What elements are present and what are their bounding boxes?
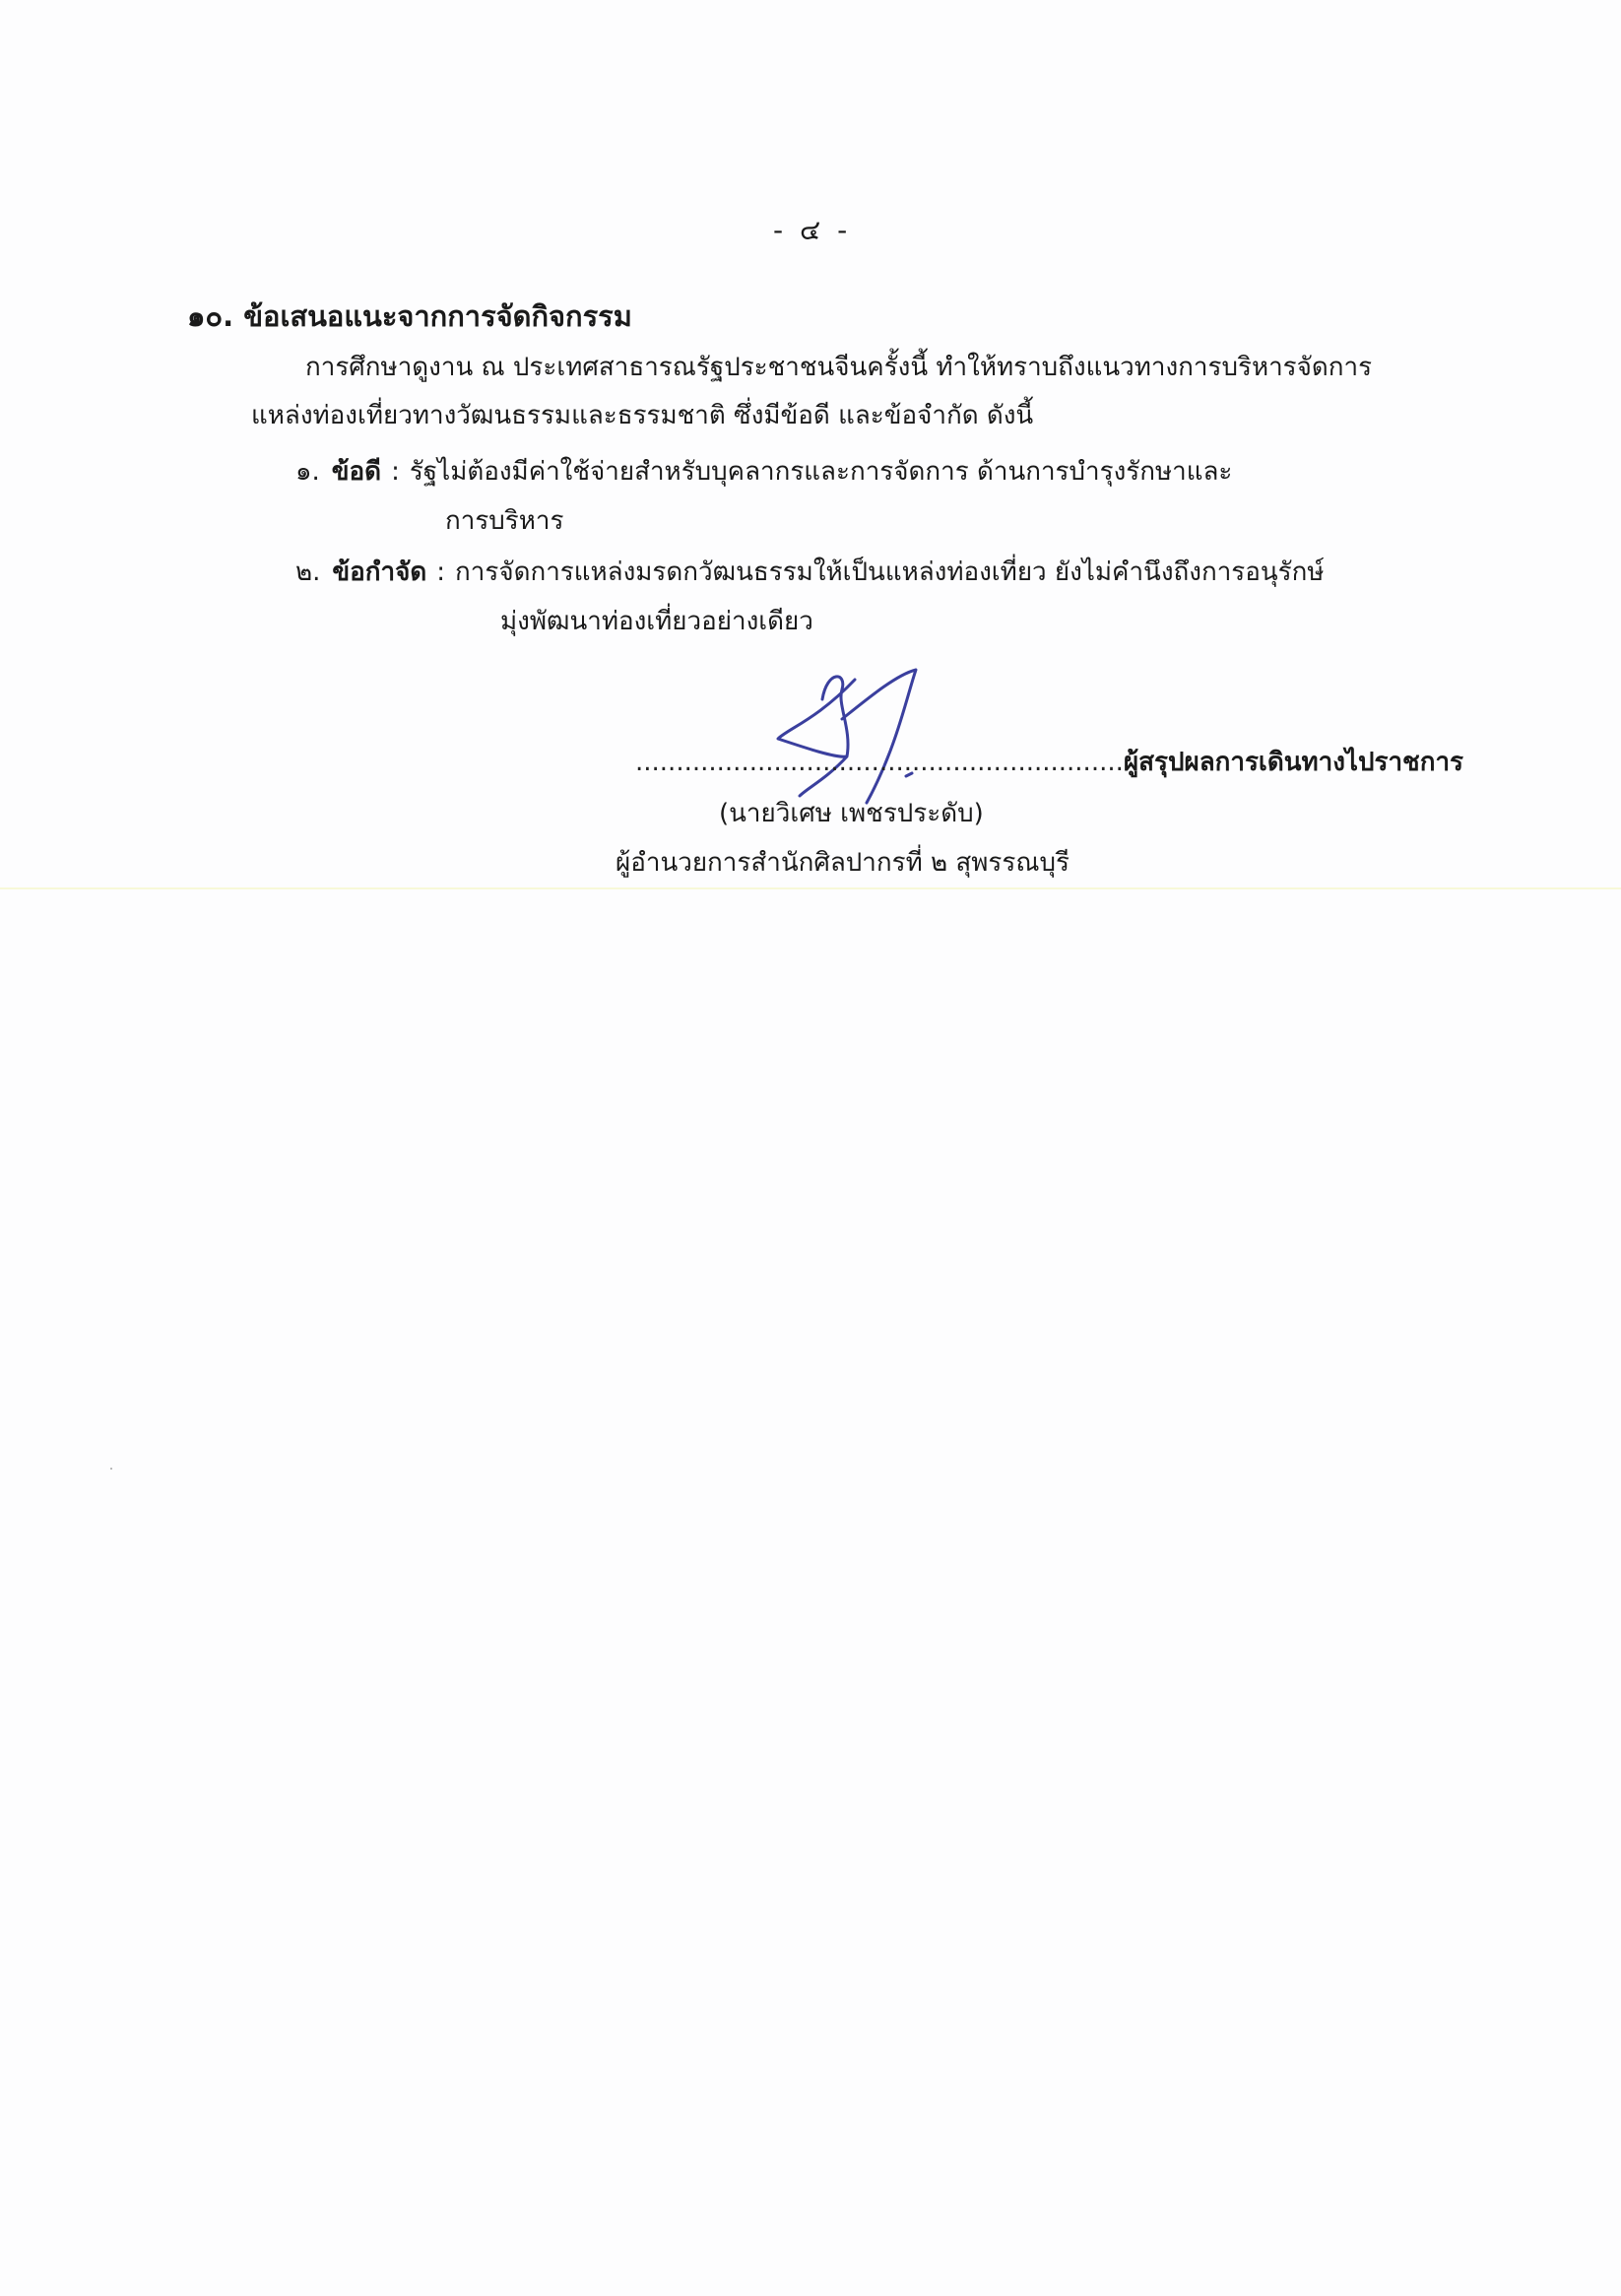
item-advantage: ๑.ข้อดี:รัฐไม่ต้องมีค่าใช้จ่ายสำหรับบุคล… (295, 451, 1232, 492)
item-text: รัฐไม่ต้องมีค่าใช้จ่ายสำหรับบุคลากรและกา… (410, 457, 1233, 487)
signature-line: ........................................… (635, 742, 1463, 782)
section-heading: ๑๐. ข้อเสนอแนะจากการจัดกิจกรรม (187, 294, 632, 339)
item-label: ข้อกำจัด (332, 558, 426, 587)
item-separator: : (436, 558, 445, 587)
signer-position: ผู้อำนวยการสำนักศิลปากรที่ ๒ สุพรรณบุรี (616, 842, 1070, 883)
signer-role: ผู้สรุปผลการเดินทางไปราชการ (1124, 748, 1463, 777)
item-number: ๑. (295, 451, 320, 492)
item-text: การจัดการแหล่งมรดกวัฒนธรรมให้เป็นแหล่งท่… (455, 558, 1324, 587)
item-separator: : (391, 457, 400, 487)
signer-name: (นายวิเศษ เพชรประดับ) (719, 793, 984, 833)
scan-speck (110, 1468, 112, 1470)
item-advantage-continuation: การบริหาร (445, 500, 563, 541)
paragraph-line-1: การศึกษาดูงาน ณ ประเทศสาธารณรัฐประชาชนจี… (305, 347, 1372, 387)
paragraph-line-2: แหล่งท่องเที่ยวทางวัฒนธรรมและธรรมชาติ ซึ… (251, 395, 1033, 435)
item-limitation: ๒.ข้อกำจัด:การจัดการแหล่งมรดกวัฒนธรรมให้… (295, 552, 1325, 592)
page-number: - ๔ - (773, 209, 851, 252)
handwritten-signature (748, 660, 975, 808)
item-number: ๒. (295, 552, 320, 592)
item-limitation-continuation: มุ่งพัฒนาท่องเที่ยวอย่างเดียว (500, 601, 813, 641)
item-label: ข้อดี (332, 457, 381, 487)
signature-dots: ........................................… (635, 748, 1124, 777)
document-page: - ๔ - ๑๐. ข้อเสนอแนะจากการจัดกิจกรรม การ… (0, 0, 1621, 2296)
scan-artifact-line (0, 887, 1621, 889)
